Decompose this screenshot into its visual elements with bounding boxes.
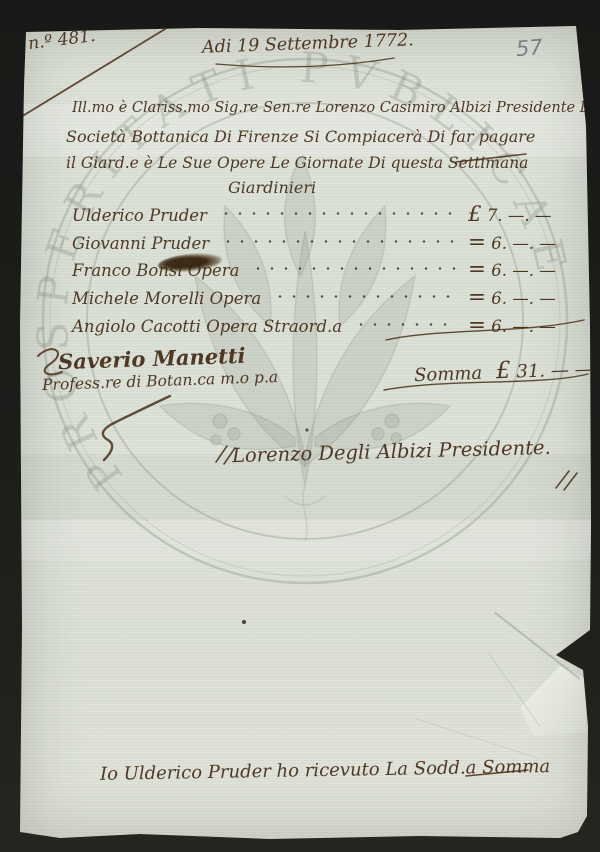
- entry-amount: = 6. —. —: [468, 285, 586, 310]
- dotted-leader: [221, 233, 458, 250]
- sum-line: Somma £ 31. — —: [414, 353, 593, 387]
- entry-name: Michele Morelli Opera: [72, 289, 261, 308]
- fold-crease: [415, 718, 539, 759]
- dotted-leader: [219, 205, 458, 222]
- pay-entry-row: Ulderico Pruder £ 7. —. —: [72, 202, 586, 227]
- archive-number: n.º 481.: [27, 26, 97, 54]
- dotted-leader: [354, 316, 458, 333]
- date-line: Adi 19 Settembre 1772.: [202, 30, 414, 57]
- folio-number: 57: [515, 35, 544, 61]
- pay-entry-row: Franco Bonsi Opera = 6. —. —: [72, 257, 586, 282]
- ink-speck: [305, 428, 308, 431]
- ink-speck: [242, 620, 246, 624]
- body-line-1: Ill.mo è Clariss.mo Sig.re Sen.re Lorenz…: [72, 100, 600, 116]
- body-heading: Giardinieri: [228, 178, 316, 197]
- sum-label: Somma: [414, 363, 483, 386]
- body-line-2: Società Bottanica Di Firenze Si Compiace…: [66, 127, 535, 146]
- body-line-3: il Giard.e è Le Sue Opere Le Giornate Di…: [66, 154, 528, 172]
- manuscript-page: PROSPERITATI PVBLICAE n.º 481. 57 Adi 19…: [20, 26, 592, 839]
- entry-amount: £ 7. —. —: [468, 202, 586, 227]
- entry-amount: = 6. —. —: [468, 313, 586, 338]
- pay-entry-row: Angiolo Cacotti Opera Straord.a = 6. —. …: [72, 313, 586, 338]
- scan-light-band-2: [20, 520, 592, 560]
- entry-name: Angiolo Cacotti Opera Straord.a: [72, 317, 342, 336]
- president-signature: Lorenzo Degli Albizi Presidente.: [232, 436, 551, 467]
- tear-crease: [494, 612, 580, 680]
- president-trailing-slashes: [556, 471, 577, 490]
- receipt-line: Io Ulderico Pruder ho ricevuto La Sodd.a…: [100, 756, 551, 785]
- sum-amount: £ 31. — —: [495, 353, 593, 384]
- entry-name: Giovanni Pruder: [72, 234, 209, 253]
- dotted-leader: [251, 260, 458, 277]
- entry-name: Ulderico Pruder: [72, 206, 207, 225]
- date-underline: [216, 58, 394, 67]
- entry-amount: = 6. —. —: [468, 230, 586, 255]
- ink-strokes: [20, 26, 592, 839]
- entry-amount: = 6. —. —: [468, 257, 586, 282]
- pay-entry-row: Giovanni Pruder = 6. —. —: [72, 230, 586, 255]
- tear-highlight: [520, 666, 586, 736]
- clerk-paraph: [103, 396, 170, 460]
- pay-entry-row: Michele Morelli Opera = 6. —. —: [72, 285, 586, 310]
- photo-of-manuscript: { "header": { "archive_number": "n.º 481…: [0, 0, 600, 852]
- dotted-leader: [273, 288, 458, 305]
- watermark-seal: PROSPERITATI PVBLICAE: [20, 26, 592, 839]
